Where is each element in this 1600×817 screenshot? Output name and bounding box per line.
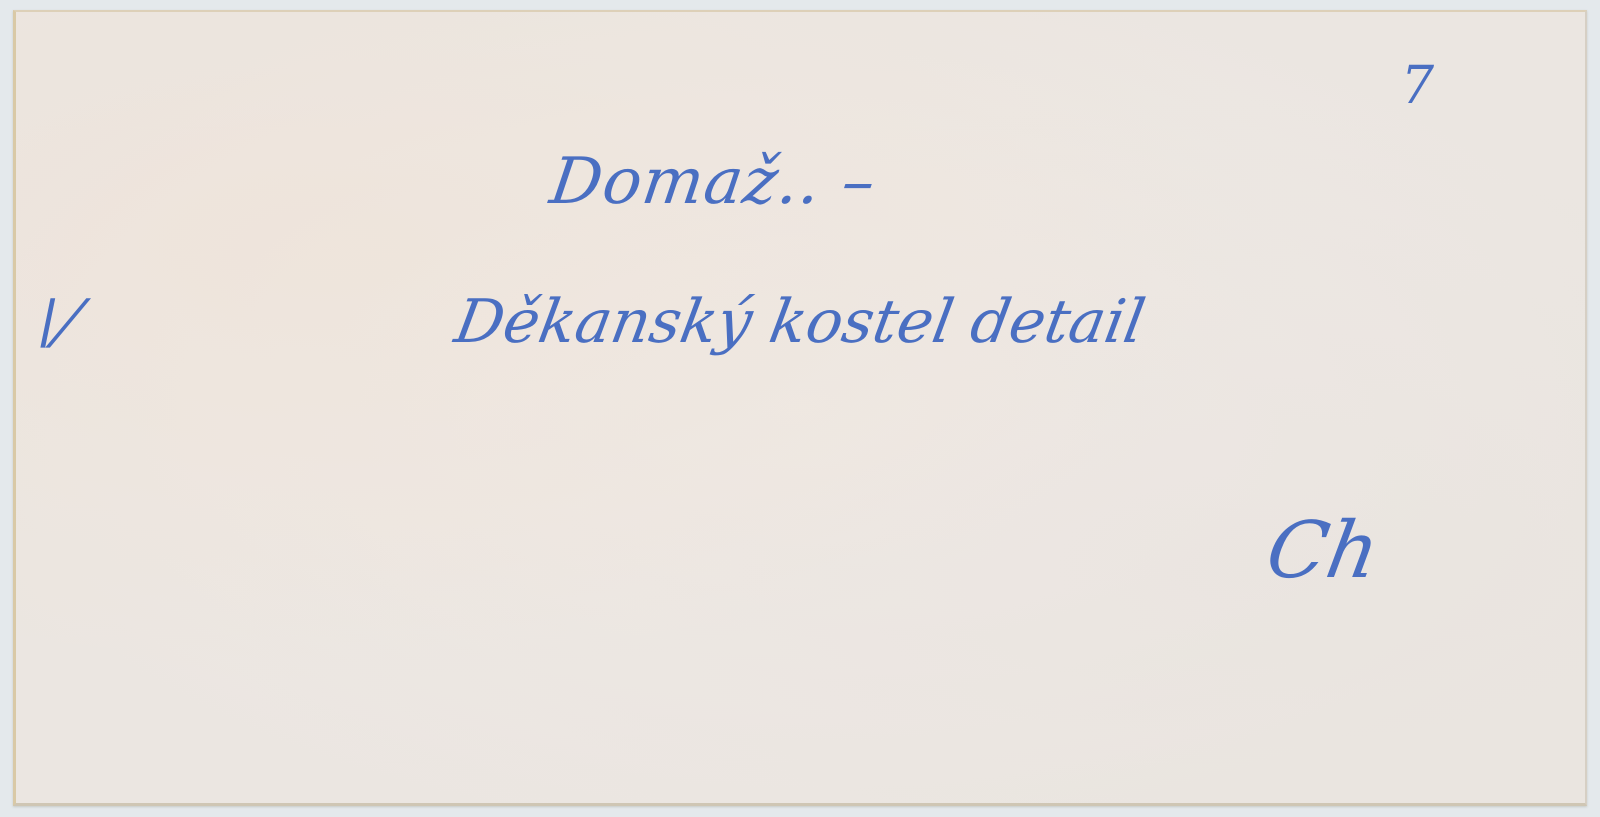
handwritten-place-name: Domaž.. – <box>547 150 880 214</box>
margin-mark: \/ <box>28 292 88 352</box>
page-number: 7 <box>1401 60 1434 112</box>
scanned-card: 7 Domaž.. – Děkanský kostel detail \/ Ch <box>0 0 1600 817</box>
handwritten-initials: Ch <box>1261 512 1385 590</box>
card-paper: 7 Domaž.. – Děkanský kostel detail \/ Ch <box>13 10 1587 806</box>
handwritten-caption: Děkanský kostel detail <box>451 292 1149 352</box>
